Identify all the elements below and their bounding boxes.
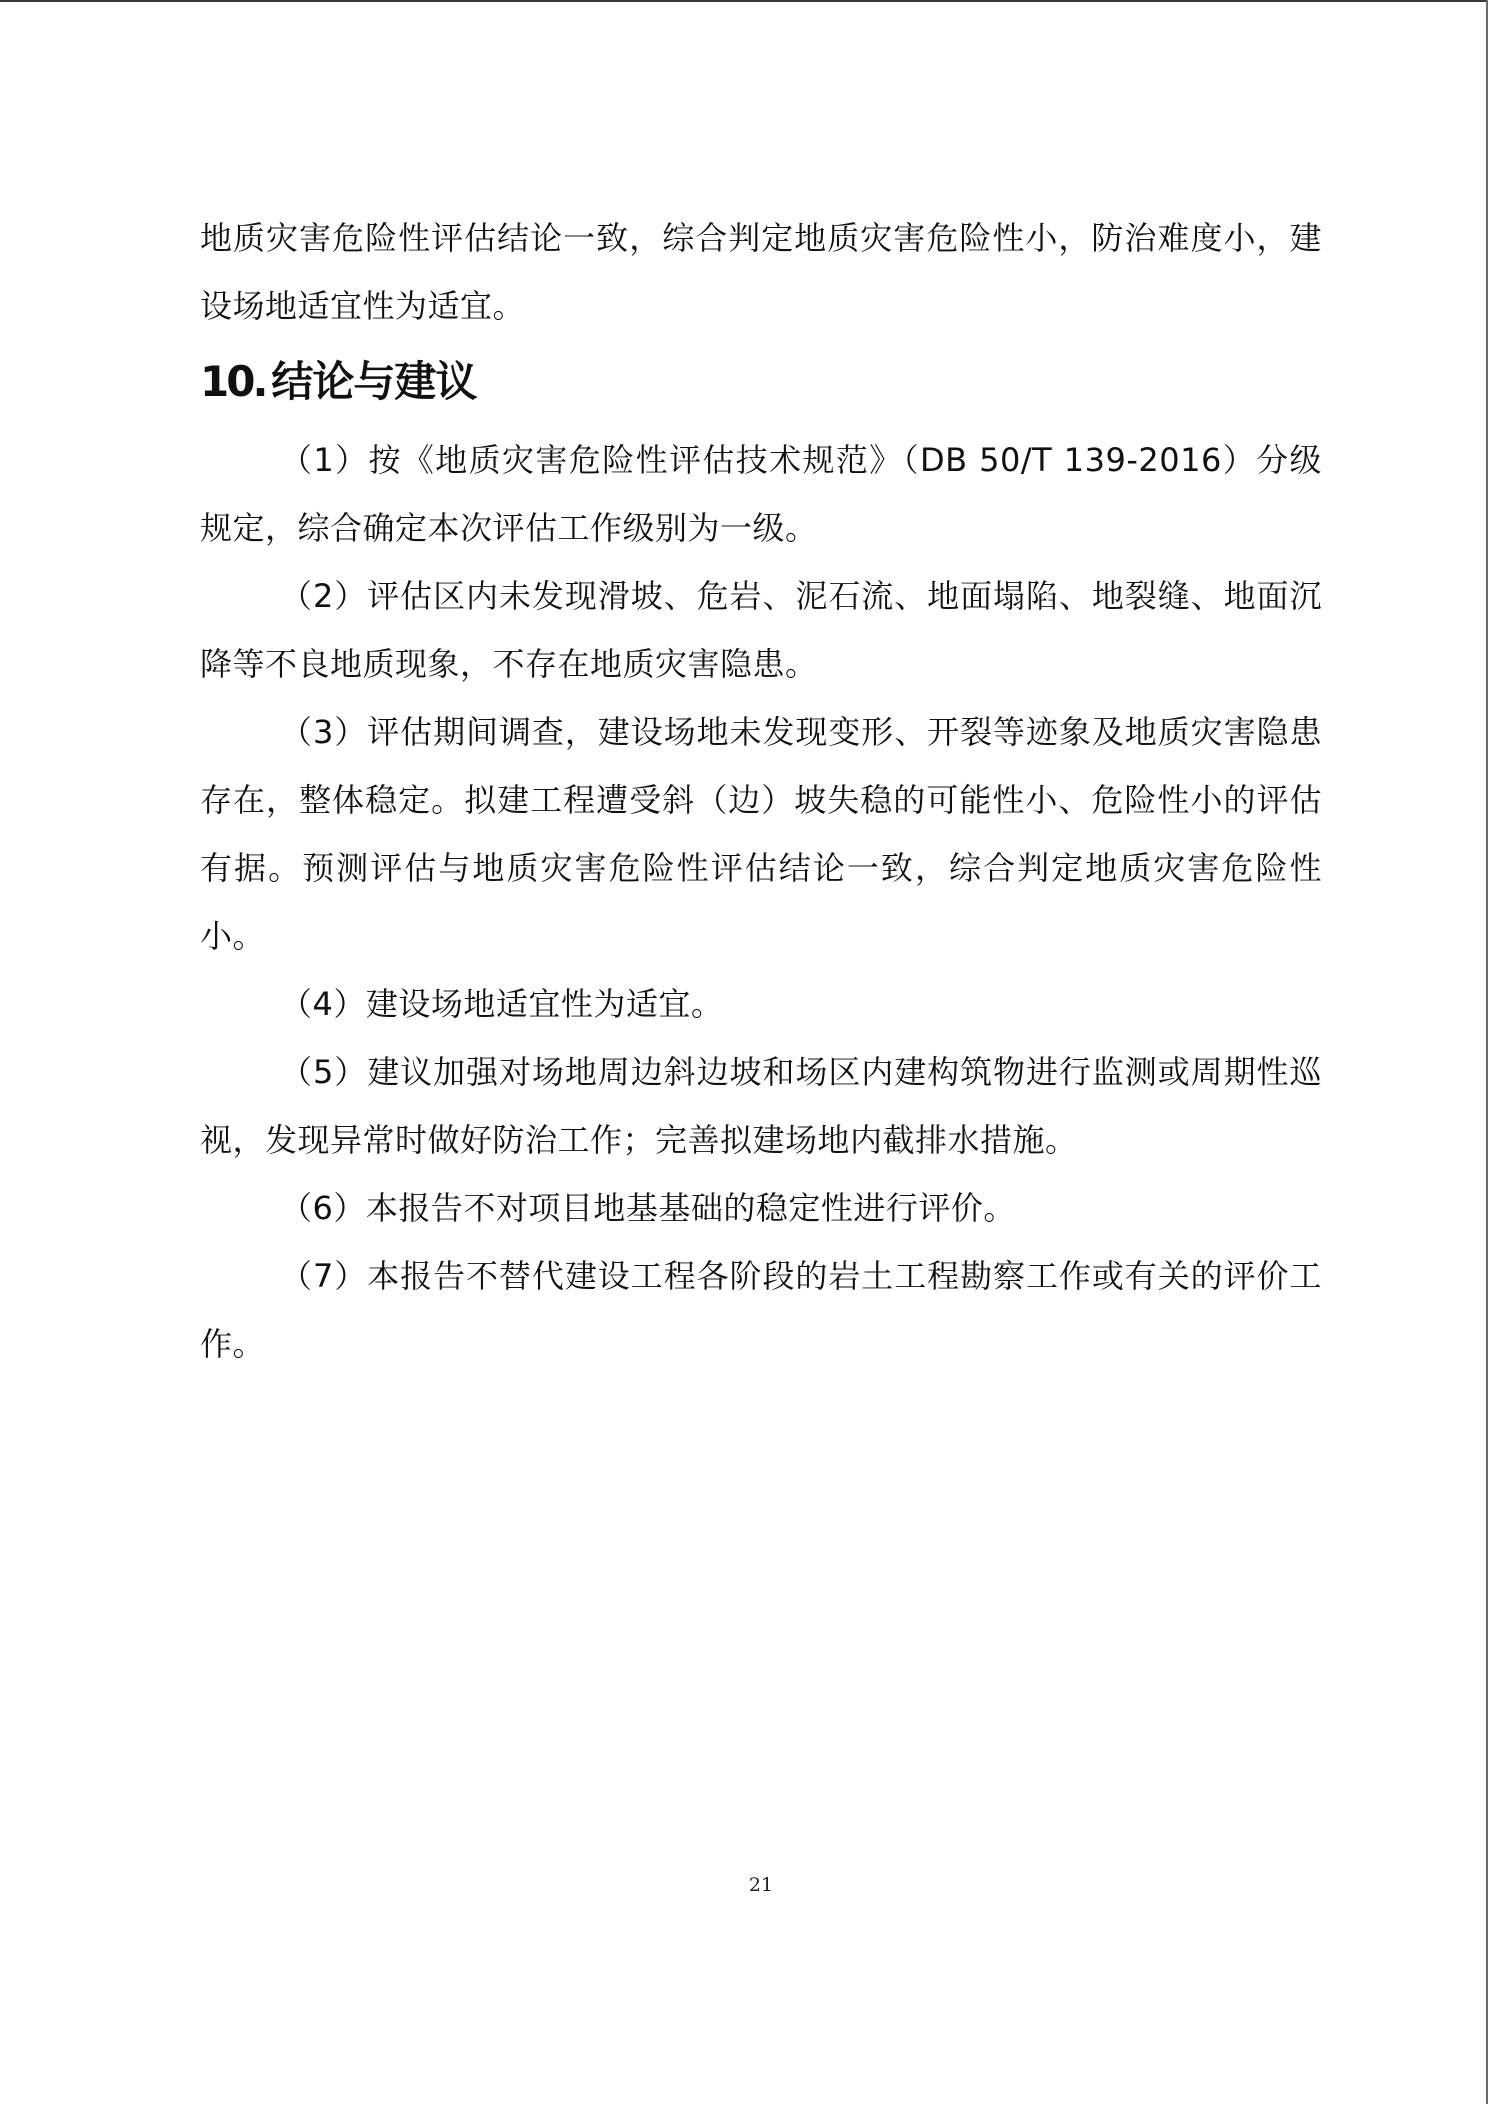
conclusion-item-2: （2）评估区内未发现滑坡、危岩、泥石流、地面塌陷、地裂缝、地面沉降等不良地质现象…: [200, 562, 1322, 698]
section-heading: 10.结论与建议: [200, 352, 1322, 412]
item-text: 建设场地适宜性为适宜。: [366, 985, 724, 1023]
section-title: 结论与建议: [271, 357, 476, 406]
page-number: 21: [0, 1874, 1488, 1896]
item-label: （6）: [280, 1189, 366, 1227]
item-text: 按《地质灾害危险性评估技术规范》（DB 50/T 139-2016）分级规定，综…: [200, 441, 1322, 547]
recommendation-item-5: （5）建议加强对场地周边斜边坡和场区内建构筑物进行监测或周期性巡视，发现异常时做…: [200, 1038, 1322, 1174]
item-text: 评估区内未发现滑坡、危岩、泥石流、地面塌陷、地裂缝、地面沉降等不良地质现象，不存…: [200, 577, 1322, 683]
item-label: （4）: [280, 985, 366, 1023]
page-border-top: [0, 0, 1488, 2]
document-body: 地质灾害危险性评估结论一致，综合判定地质灾害危险性小，防治难度小，建设场地适宜性…: [200, 204, 1322, 1378]
conclusion-item-3: （3）评估期间调查，建设场地未发现变形、开裂等迹象及地质灾害隐患存在，整体稳定。…: [200, 698, 1322, 970]
section-number: 10.: [200, 357, 265, 406]
continuation-paragraph: 地质灾害危险性评估结论一致，综合判定地质灾害危险性小，防治难度小，建设场地适宜性…: [200, 204, 1322, 340]
item-text: 本报告不替代建设工程各阶段的岩土工程勘察工作或有关的评价工作。: [200, 1257, 1322, 1363]
item-label: （2）: [280, 577, 367, 615]
item-label: （1）: [280, 441, 369, 479]
item-label: （5）: [280, 1053, 367, 1091]
conclusion-item-4: （4）建设场地适宜性为适宜。: [200, 970, 1322, 1038]
item-label: （7）: [280, 1257, 367, 1295]
item-text: 评估期间调查，建设场地未发现变形、开裂等迹象及地质灾害隐患存在，整体稳定。拟建工…: [200, 713, 1322, 955]
disclaimer-item-6: （6）本报告不对项目地基基础的稳定性进行评价。: [200, 1174, 1322, 1242]
conclusion-item-1: （1）按《地质灾害危险性评估技术规范》（DB 50/T 139-2016）分级规…: [200, 426, 1322, 562]
item-text: 本报告不对项目地基基础的稳定性进行评价。: [366, 1189, 1016, 1227]
item-label: （3）: [280, 713, 367, 751]
disclaimer-item-7: （7）本报告不替代建设工程各阶段的岩土工程勘察工作或有关的评价工作。: [200, 1242, 1322, 1378]
item-text: 建议加强对场地周边斜边坡和场区内建构筑物进行监测或周期性巡视，发现异常时做好防治…: [200, 1053, 1322, 1159]
